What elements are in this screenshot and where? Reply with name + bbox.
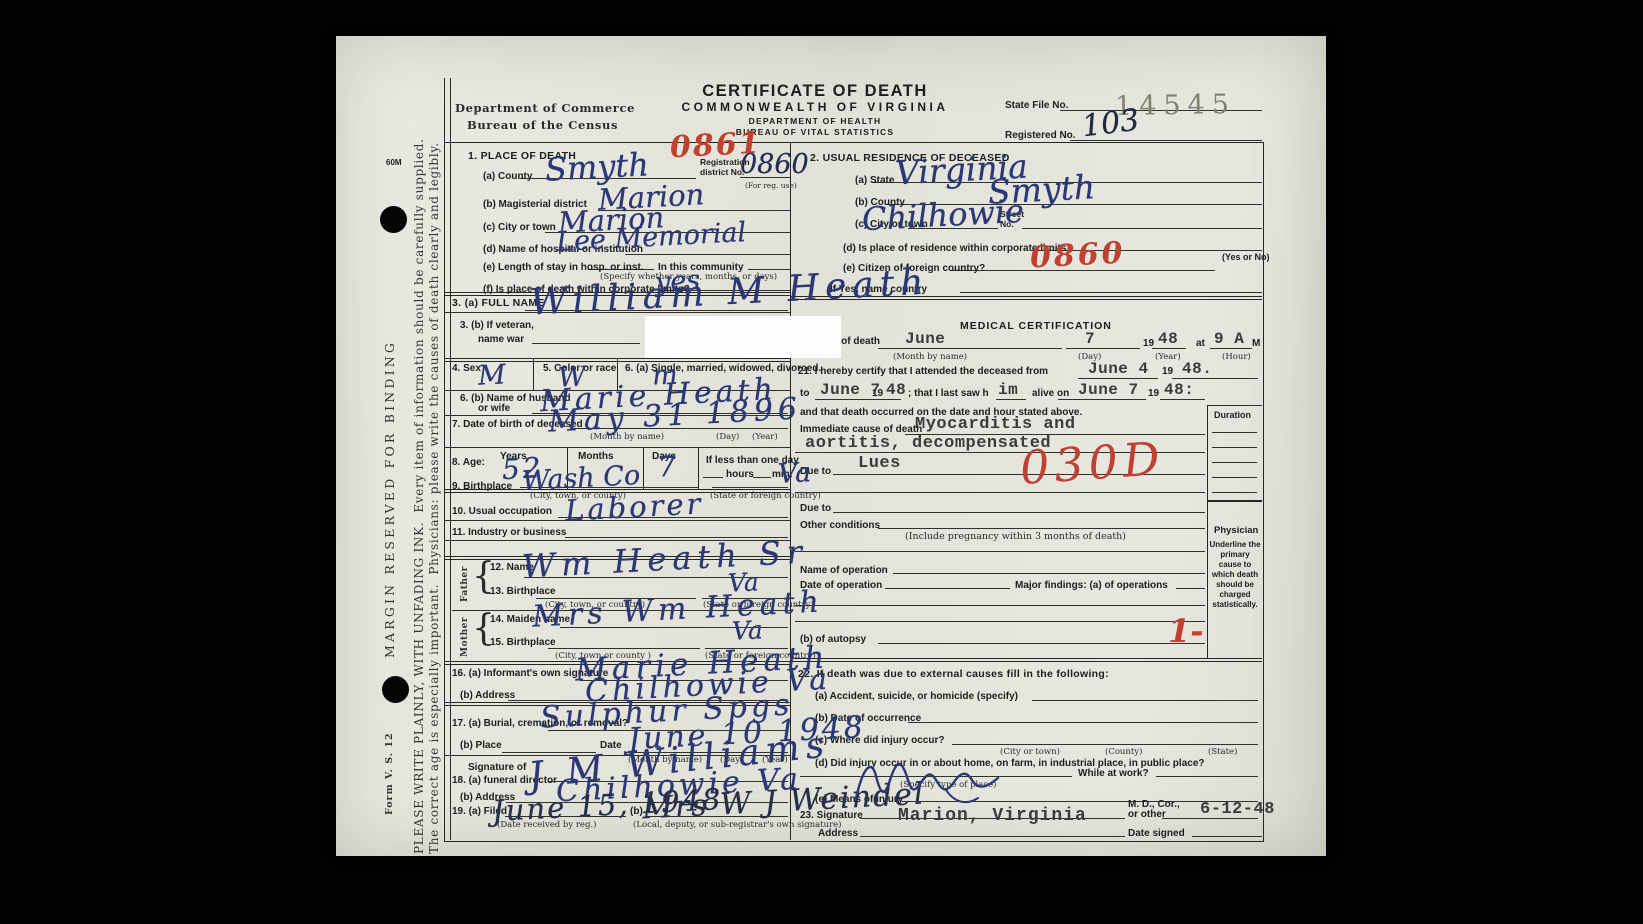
dept-commerce: Department of Commerce — [455, 101, 635, 115]
commonwealth-subtitle: COMMONWEALTH OF VIRGINIA — [681, 100, 948, 114]
s21-lastsaw-label: ; that I last saw h — [908, 388, 989, 399]
s21-19b-label: 19 — [1162, 366, 1173, 377]
s1c-label: (c) City or town — [483, 222, 556, 233]
rule — [533, 358, 534, 390]
s16b-label: (b) Address — [460, 690, 515, 701]
s8-days-value: 7 — [657, 450, 677, 484]
s20-at-label: at — [1196, 338, 1205, 349]
rule — [625, 254, 790, 255]
s22-while-label: While at work? — [1078, 768, 1149, 779]
rule — [1066, 348, 1140, 349]
s21-him-value: im — [998, 381, 1018, 399]
s20-note-month: (Month by name) — [893, 352, 967, 362]
rule — [643, 447, 644, 489]
s23-md-label2: or other — [1128, 809, 1166, 820]
rule — [790, 658, 1262, 662]
margin-instructions: PLEASE WRITE PLAINLY, WITH UNFADING INK.… — [412, 79, 442, 854]
rule — [996, 399, 1026, 400]
s3b-label2: name war — [478, 334, 524, 345]
dept-health: DEPARTMENT OF HEALTH — [749, 116, 882, 126]
s2a-label: (a) State — [855, 175, 894, 186]
punch-hole — [382, 676, 409, 703]
rule — [444, 447, 790, 448]
scanned-death-certificate: MARGIN RESERVED FOR BINDING PLEASE WRITE… — [0, 0, 1643, 924]
registered-label: Registered No. — [1005, 130, 1076, 141]
s21-due2-label: Due to — [800, 503, 831, 514]
s21-immediate1-value: Myocarditis and — [915, 415, 1076, 434]
state-file-label: State File No. — [1005, 100, 1068, 111]
s21-from-value: June 4 — [1088, 360, 1149, 378]
s23-addr-value: Marion, Virginia — [898, 806, 1087, 826]
s4-value: M — [477, 359, 506, 391]
rule — [815, 399, 901, 400]
margin-line2a: The correct age is especially important. — [427, 584, 441, 854]
rule — [1022, 228, 1262, 229]
s20-year-value: 48 — [1158, 330, 1178, 348]
s21-alive-value: June 7 — [1078, 381, 1139, 399]
s15-label: 15. Birthplace — [490, 637, 556, 648]
s21-findings-label: Major findings: (a) of operations — [1015, 580, 1168, 591]
rule — [1160, 399, 1205, 400]
rule — [703, 477, 723, 478]
s1-regdist-label2: district No. — [700, 167, 744, 177]
rule — [960, 292, 1262, 293]
s20-hour-value: 9 A — [1214, 330, 1244, 348]
punch-hole — [380, 206, 407, 233]
certificate-title: CERTIFICATE OF DEATH — [702, 82, 928, 101]
margin-binding-text: MARGIN RESERVED FOR BINDING — [382, 340, 397, 658]
bureau-census: Bureau of the Census — [467, 118, 618, 132]
s22c-note-state: (State) — [1208, 747, 1237, 757]
s3b-label1: 3. (b) If veteran, — [460, 320, 534, 331]
s21-to-value: June 7 — [820, 381, 881, 399]
mother-side-label: Mother — [460, 617, 470, 657]
s21-other-note: (Include pregnancy within 3 months of de… — [905, 531, 1126, 542]
rule — [1156, 776, 1258, 777]
s9-state-value: Va — [777, 457, 812, 490]
s1a-label: (a) County — [483, 171, 532, 182]
s21-code-red-stamp: 030D — [1018, 431, 1166, 495]
s22a-label: (a) Accident, suicide, or homicide (spec… — [815, 691, 1018, 702]
s2e-red-stamp: 0860 — [1029, 236, 1126, 276]
rule — [878, 348, 1062, 349]
rule — [1210, 348, 1252, 349]
physician-underline-note: Underline the primary cause to which dea… — [1209, 540, 1261, 610]
s21-alive-label: alive on — [1032, 388, 1069, 399]
rule — [1078, 378, 1158, 379]
rule — [1032, 700, 1258, 701]
rule — [878, 528, 1205, 529]
rule — [908, 722, 1258, 723]
s10-label: 10. Usual occupation — [452, 506, 552, 517]
s2e-note: (Yes or No) — [1222, 252, 1270, 262]
s17b-label: (b) Place — [460, 740, 502, 751]
s23-date-value: 6-12-48 — [1200, 800, 1275, 819]
rule — [860, 836, 1125, 837]
rule — [1207, 405, 1208, 658]
margin-line1a: PLEASE WRITE PLAINLY, WITH UNFADING INK. — [412, 522, 426, 854]
s20-note-year: (Year) — [1155, 352, 1181, 362]
rule — [1176, 588, 1205, 589]
s20-m-label: M — [1252, 338, 1260, 349]
s22c-note-county: (County) — [1105, 747, 1142, 757]
rule — [1152, 348, 1186, 349]
s18-pre-label: Signature of — [468, 762, 526, 773]
rule — [795, 621, 1205, 622]
rule — [1212, 477, 1257, 478]
s21-due1-value: Lues — [858, 454, 901, 473]
s10-value: Laborer — [564, 486, 704, 527]
s21-immediate2-value: aortitis, decompensated — [805, 434, 1051, 453]
margin-line1b: Every item of information should be care… — [412, 138, 426, 512]
rule — [1207, 405, 1262, 406]
rule — [532, 343, 640, 344]
s21-op-label: Name of operation — [800, 565, 888, 576]
s21-other-label: Other conditions — [800, 520, 880, 531]
father-side-label: Father — [460, 566, 470, 602]
red-tally-mark: 1- — [1168, 612, 1204, 650]
s21-line1-label: 21. I hereby certify that I attended the… — [798, 366, 1048, 377]
rule — [1192, 836, 1262, 837]
rule — [1212, 492, 1257, 493]
rule — [698, 447, 699, 489]
rule — [1207, 500, 1262, 502]
s1-regdist-red-stamp: 0861 — [669, 126, 762, 166]
rule — [712, 487, 788, 488]
rule — [1212, 447, 1257, 448]
rule — [795, 492, 1205, 493]
s7-note-year: (Year) — [752, 432, 778, 442]
s1-reg-note: (For reg. use) — [745, 181, 797, 190]
rule — [795, 551, 1205, 552]
rule — [1212, 462, 1257, 463]
s22-title: 22. If death was due to external causes … — [798, 668, 1109, 680]
s20-day-value: 7 — [1085, 330, 1095, 348]
rule — [1212, 432, 1257, 433]
redaction-box — [645, 316, 841, 358]
rule — [1058, 399, 1146, 400]
s7-note-day: (Day) — [716, 432, 739, 442]
rule — [885, 588, 1010, 589]
rule — [1172, 378, 1258, 379]
form-number: Form V. S. 12 — [384, 732, 395, 815]
s20-month-value: June — [905, 330, 945, 348]
rule — [795, 605, 1205, 606]
registered-number: 103 — [1080, 103, 1141, 145]
margin-line2b: Physicians: please write the causes of d… — [427, 142, 441, 574]
physician-header: Physician — [1214, 525, 1258, 536]
s15-state-value: Va — [731, 615, 763, 646]
s21-to-year: 48 — [886, 381, 906, 399]
s13-label: 13. Birthplace — [490, 586, 556, 597]
s8-label: 8. Age: — [452, 457, 485, 468]
s21-19d-label: 19 — [1148, 388, 1159, 399]
rule — [878, 643, 1205, 644]
s23-date-label: Date signed — [1128, 828, 1185, 839]
s9-note-state: (State or foreign country) — [710, 491, 821, 501]
s20-19-label: 19 — [1143, 338, 1154, 349]
s21-alive-year: 48: — [1164, 381, 1194, 399]
s20-note-hour: (Hour) — [1222, 352, 1251, 362]
s8-months-header: Months — [578, 451, 614, 462]
s23-addr-label: Address — [818, 828, 858, 839]
rule — [753, 477, 771, 478]
s8-hours-label: hours — [726, 469, 754, 480]
rule — [893, 573, 1205, 574]
rule — [833, 512, 1205, 513]
duration-header: Duration — [1214, 410, 1251, 420]
s11-label: 11. Industry or business — [452, 527, 566, 538]
rule — [952, 744, 1258, 745]
s6b-label2: or wife — [478, 403, 510, 414]
stock-code: 60M — [386, 158, 402, 167]
physician-signature — [850, 750, 1010, 812]
s21-from-year: 48. — [1182, 360, 1212, 378]
